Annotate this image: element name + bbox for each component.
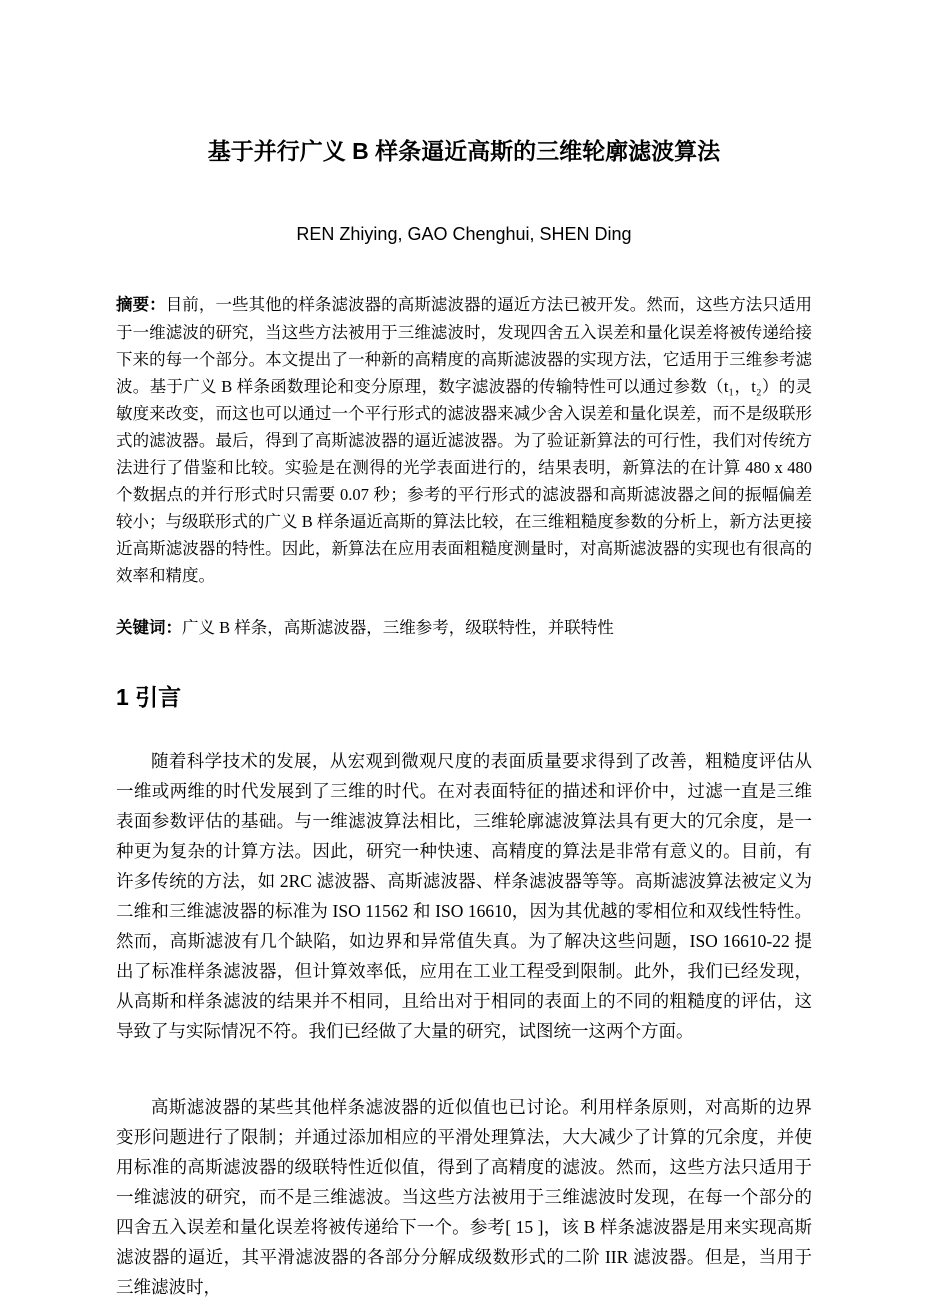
- introduction-paragraph-1: 随着科学技术的发展，从宏观到微观尺度的表面质量要求得到了改善，粗糙度评估从一维或…: [116, 746, 812, 1046]
- paper-page: 基于并行广义 B 样条逼近高斯的三维轮廓滤波算法 REN Zhiying, GA…: [0, 0, 926, 1309]
- keywords-text: 广义 B 样条，高斯滤波器，三维参考，级联特性，并联特性: [182, 618, 614, 637]
- paper-title: 基于并行广义 B 样条逼近高斯的三维轮廓滤波算法: [116, 136, 812, 166]
- keywords-block: 关键词：广义 B 样条，高斯滤波器，三维参考，级联特性，并联特性: [116, 614, 812, 642]
- abstract-text: 目前，一些其他的样条滤波器的高斯滤波器的逼近方法已被开发。然而，这些方法只适用于…: [116, 295, 812, 585]
- introduction-paragraph-2: 高斯滤波器的某些其他样条滤波器的近似值也已讨论。利用样条原则，对高斯的边界变形问…: [116, 1092, 812, 1302]
- abstract-label: 摘要：: [116, 296, 166, 314]
- section-heading-introduction: 1 引言: [116, 682, 812, 712]
- abstract-block: 摘要：目前，一些其他的样条滤波器的高斯滤波器的逼近方法已被开发。然而，这些方法只…: [116, 291, 812, 589]
- keywords-label: 关键词：: [116, 619, 182, 637]
- paper-authors: REN Zhiying, GAO Chenghui, SHEN Ding: [116, 224, 812, 245]
